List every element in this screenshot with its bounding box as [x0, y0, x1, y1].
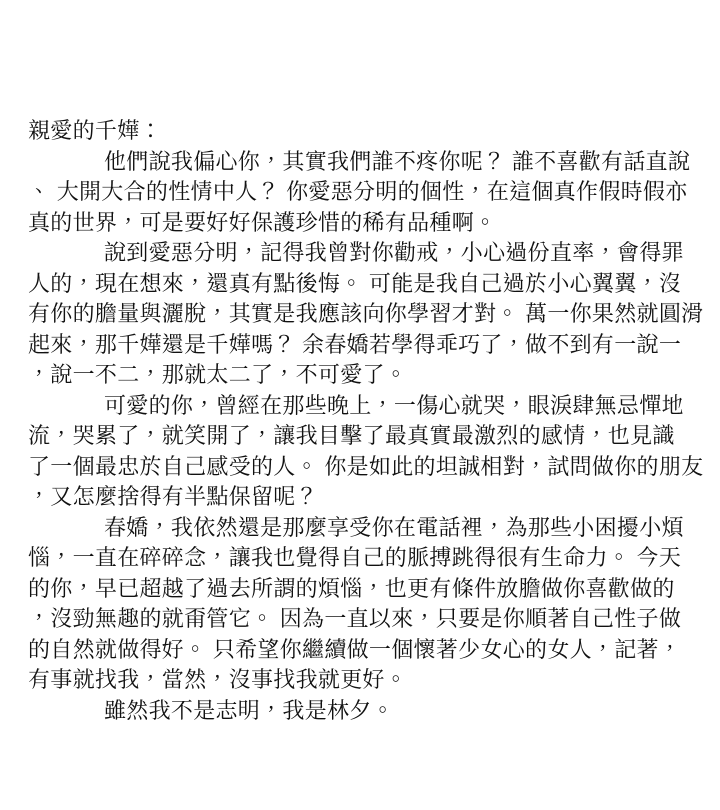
letter-line: 惱，一直在碎碎念，讓我也覺得自己的脈搏跳得很有生命力。 今天 — [28, 543, 702, 574]
letter-salutation-line: 親愛的千嬅： — [28, 116, 702, 147]
letter-line: 的你，早已超越了過去所謂的煩惱，也更有條件放膽做你喜歡做的 — [28, 574, 702, 605]
letter-line: 、 大開大合的性情中人？ 你愛惡分明的個性，在這個真作假時假亦 — [28, 177, 702, 208]
letter-line: 可愛的你，曾經在那些晚上，一傷心就哭，眼淚肆無忌憚地 — [28, 391, 702, 422]
letter-line: 真的世界，可是要好好保護珍惜的稀有品種啊。 — [28, 208, 702, 239]
letter-line: 了一個最忠於自己感受的人。 你是如此的坦誠相對，試問做你的朋友 — [28, 452, 702, 483]
letter-line: 起來，那千嬅還是千嬅嗎？ 余春嬌若學得乖巧了，做不到有一說一 — [28, 330, 702, 361]
letter-line: 春嬌，我依然還是那麼享受你在電話裡，為那些小困擾小煩 — [28, 513, 702, 544]
letter-line: 人的，現在想來，還真有點後悔。 可能是我自己過於小心翼翼，沒 — [28, 269, 702, 300]
letter-line: 他們說我偏心你，其實我們誰不疼你呢？ 誰不喜歡有話直說 — [28, 147, 702, 178]
letter-closing-line: 雖然我不是志明，我是林夕。 — [28, 696, 702, 727]
letter-line: 的自然就做得好。 只希望你繼續做一個懷著少女心的女人，記著， — [28, 635, 702, 666]
letter-line: ，又怎麼捨得有半點保留呢？ — [28, 482, 702, 513]
letter-line: 有你的膽量與灑脫，其實是我應該向你學習才對。 萬一你果然就圓滑 — [28, 299, 702, 330]
letter-line: 說到愛惡分明，記得我曾對你勸戒，小心過份直率，會得罪 — [28, 238, 702, 269]
letter-line: 有事就找我，當然，沒事找我就更好。 — [28, 665, 702, 696]
letter-body: 親愛的千嬅： 他們說我偏心你，其實我們誰不疼你呢？ 誰不喜歡有話直說 、 大開大… — [28, 116, 702, 726]
letter-line: 流，哭累了，就笑開了，讓我目擊了最真實最激烈的感情，也見識 — [28, 421, 702, 452]
letter-line: ，沒勁無趣的就甭管它。 因為一直以來，只要是你順著自己性子做 — [28, 604, 702, 635]
letter-line: ，說一不二，那就太二了，不可愛了。 — [28, 360, 702, 391]
